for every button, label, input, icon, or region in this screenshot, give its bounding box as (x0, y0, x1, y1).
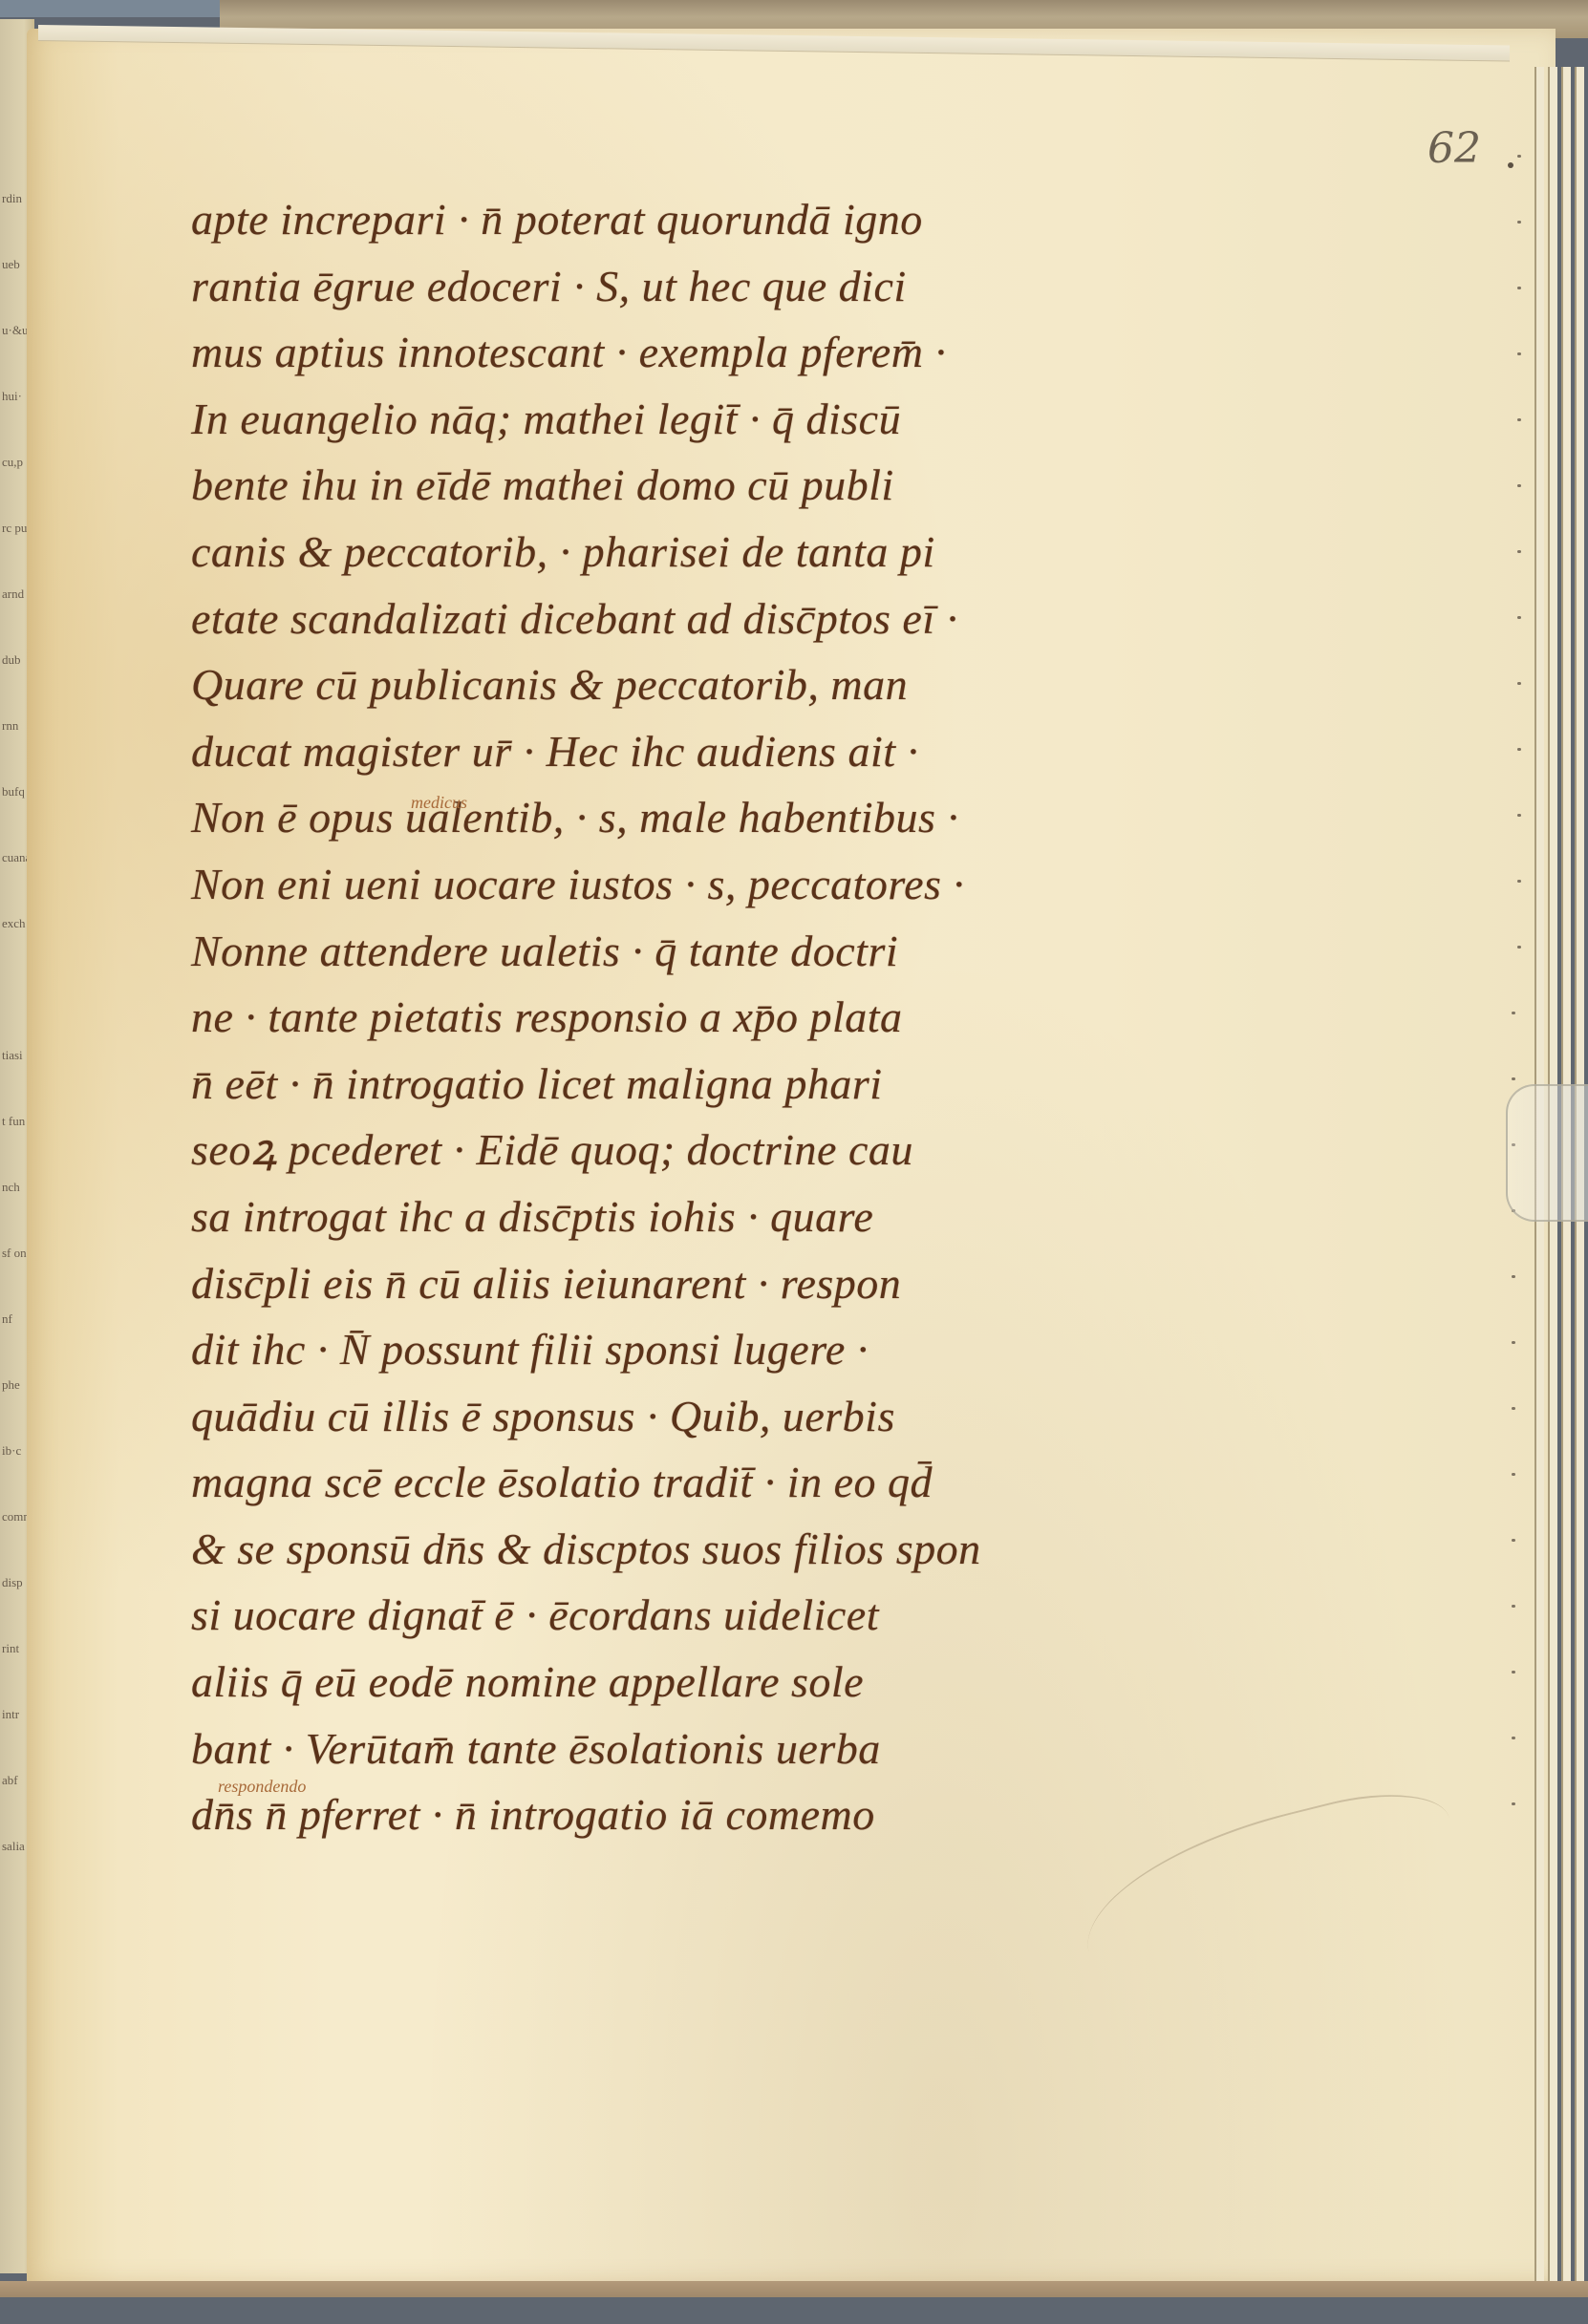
text-line: quādiu cū illis ē sponsus · Quib, uerbis (191, 1383, 1299, 1450)
text-line: Quare cū publicanis & peccatorib, man (191, 651, 1299, 718)
pricking-mark (1517, 221, 1521, 224)
text-line: mus aptius innotescant · exempla pferem̄… (191, 319, 1299, 386)
pricking-mark (1512, 1012, 1515, 1014)
clasp-tab (1506, 1084, 1588, 1222)
pricking-mark (1512, 1407, 1515, 1410)
pricking-mark (1512, 1737, 1515, 1739)
text-line: etate scandalizati dicebant ad disc̄ptos… (191, 586, 1299, 652)
text-line: dn̄s n̄ pferret · n̄ introgatio iā comem… (191, 1781, 1299, 1848)
text-line: ne · tante pietatis responsio a xp̄o pla… (191, 984, 1299, 1051)
pricking-mark (1517, 682, 1521, 685)
interlinear-gloss: medicus (411, 793, 467, 813)
pricking-mark (1517, 352, 1521, 355)
pricking-mark (1517, 418, 1521, 421)
text-line: & se sponsū dn̄s & discptos suos filios … (191, 1516, 1299, 1583)
pricking-mark (1512, 1341, 1515, 1344)
pricking-mark (1517, 814, 1521, 817)
text-line: dit ihc · N̄ possunt filii sponsi lugere… (191, 1316, 1299, 1383)
text-line: ducat magister ur̄ · Hec ihc audiens ait… (191, 718, 1299, 785)
background-surface (0, 2297, 1588, 2324)
pricking-mark (1512, 1605, 1515, 1608)
text-line: bente ihu in eīdē mathei domo cū publi (191, 452, 1299, 519)
text-line: seoꝝ pcederet · Eidē quoq; doctrine cau (191, 1117, 1299, 1183)
text-line: aliis q̄ eū eodē nomine appellare sole (191, 1649, 1299, 1716)
text-line: disc̄pli eis n̄ cū aliis ieiunarent · re… (191, 1250, 1299, 1317)
pricking-mark (1512, 1275, 1515, 1278)
folio-dot (1508, 162, 1513, 168)
text-line: In euangelio nāq; mathei legit̄ · q̄ dis… (191, 386, 1299, 453)
folio-number: 62 (1427, 124, 1481, 173)
pricking-mark (1517, 287, 1521, 289)
pricking-mark (1517, 946, 1521, 949)
text-line: rantia ēgrue edoceri · S, ut hec que dic… (191, 253, 1299, 320)
text-line: n̄ eēt · n̄ introgatio licet maligna pha… (191, 1051, 1299, 1118)
pricking-mark (1517, 484, 1521, 487)
pricking-mark (1512, 1539, 1515, 1542)
pricking-mark (1512, 1077, 1515, 1080)
pricking-mark (1517, 748, 1521, 751)
text-line: bant · Verūtam̄ tante ēsolationis uerba (191, 1716, 1299, 1782)
text-line: sa introgat ihc a disc̄ptis iohis · quar… (191, 1183, 1299, 1250)
pricking-mark (1517, 550, 1521, 553)
pricking-mark (1512, 1802, 1515, 1805)
manuscript-text: apte increpari · n̄ poterat quorundā ign… (191, 186, 1299, 1848)
text-line: magna scē eccle ēsolatio tradit̄ · in eo… (191, 1449, 1299, 1516)
text-line: Non eni ueni uocare iustos · s, peccator… (191, 851, 1299, 918)
text-line: si uocare dignat̄ ē · ēcordans uidelicet (191, 1582, 1299, 1649)
text-line: canis & peccatorib, · pharisei de tanta … (191, 519, 1299, 586)
text-line: apte increpari · n̄ poterat quorundā ign… (191, 186, 1299, 253)
pricking-mark (1512, 1671, 1515, 1674)
pricking-mark (1517, 616, 1521, 619)
background-corner (0, 0, 225, 17)
pricking-mark (1512, 1473, 1515, 1476)
text-line: Non ē opus ualentib, · s, male habentibu… (191, 784, 1299, 851)
text-line: Nonne attendere ualetis · q̄ tante doctr… (191, 918, 1299, 985)
interlinear-gloss: respondendo (218, 1777, 306, 1797)
pricking-mark (1517, 880, 1521, 883)
pricking-mark (1517, 155, 1521, 158)
